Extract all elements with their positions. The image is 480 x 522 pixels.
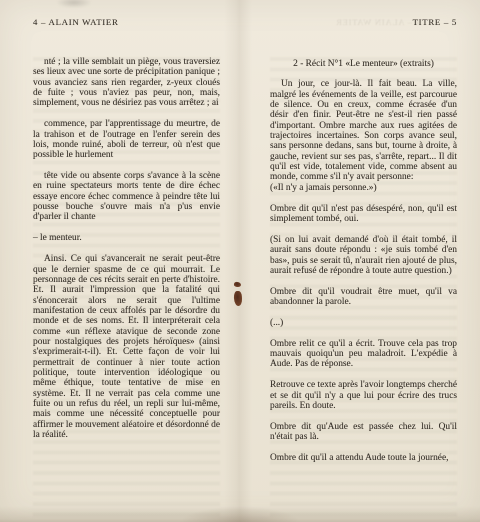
paragraph: («Il n'y a jamais personne.») <box>270 183 457 193</box>
running-header-left: 4 – ALAIN WATIER <box>33 17 220 27</box>
paragraph: Ombre dit qu'il n'est pas désespéré, non… <box>270 204 457 225</box>
paragraph: Ainsi. Ce qui s'avancerait ne serait peu… <box>33 254 220 440</box>
right-page: TITRE – 5 2 - Récit N°1 «Le menteur» (ex… <box>270 17 457 463</box>
paragraph: nté ; la ville semblait un piège, vous t… <box>33 57 220 109</box>
paragraph: (...) <box>270 318 457 328</box>
bottom-edge-shadow <box>0 506 480 522</box>
paragraph: Ombre dit qu'il voudrait être muet, qu'i… <box>270 287 457 308</box>
paragraph: Ombre dit qu'il a attendu Aude toute la … <box>270 453 457 463</box>
left-page-text: nté ; la ville semblait un piège, vous t… <box>33 57 220 440</box>
gutter-bottom-shadow <box>178 506 302 522</box>
paragraph: commence, par l'apprentissage du meurtre… <box>33 119 220 160</box>
section-heading: 2 - Récit N°1 «Le menteur» (extraits) <box>270 59 457 69</box>
paragraph: – le menteur. <box>33 233 220 243</box>
gutter-shadow <box>224 0 252 522</box>
scan-smudge <box>56 0 92 8</box>
paragraph: Retrouve ce texte après l'avoir longtemp… <box>270 380 457 411</box>
paragraph: tête vide ou absente corps s'avance à la… <box>33 171 220 223</box>
ink-mark <box>234 282 242 288</box>
paragraph: Ombre relit ce qu'il a écrit. Trouve cel… <box>270 339 457 370</box>
ink-mark <box>234 291 243 306</box>
right-page-text: Un jour, ce jour-là. Il fait beau. La vi… <box>270 79 457 463</box>
running-header-right: TITRE – 5 <box>270 17 457 27</box>
paragraph: Ombre dit qu'Aude est passée chez lui. Q… <box>270 422 457 443</box>
left-page: 4 – ALAIN WATIER nté ; la ville semblait… <box>33 17 220 440</box>
book-spread: 4 – ALAIN WATIER 4 – ALAIN WATIER nté ; … <box>0 0 480 522</box>
paragraph: (Si on lui avait demandé d'où il était t… <box>270 235 457 276</box>
paragraph: Un jour, ce jour-là. Il fait beau. La vi… <box>270 79 457 182</box>
